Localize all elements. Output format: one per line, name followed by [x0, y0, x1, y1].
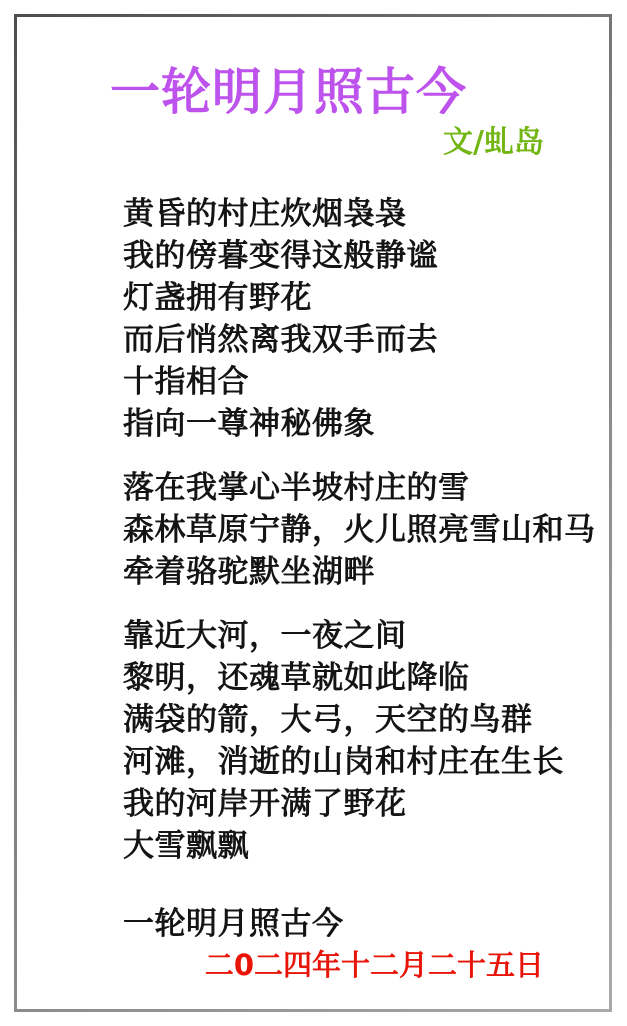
poem-line: 我的傍暮变得这般静谧: [123, 235, 609, 277]
poem-line: 大雪飘飘: [123, 825, 609, 867]
poem-line: 落在我掌心半坡村庄的雪: [123, 467, 609, 509]
poem-line: 黄昏的村庄炊烟袅袅: [123, 193, 609, 235]
poem-line: 黎明，还魂草就如此降临: [123, 657, 609, 699]
poem-line: 靠近大河，一夜之间: [123, 615, 609, 657]
page-border-frame: 一轮明月照古今 文/虬岛 黄昏的村庄炊烟袅袅 我的傍暮变得这般静谧 灯盏拥有野花…: [14, 14, 612, 1012]
poem-title: 一轮明月照古今: [110, 63, 609, 121]
poem-line: 牵着骆驼默坐湖畔: [123, 551, 609, 593]
closing-line: 一轮明月照古今: [123, 903, 609, 945]
poem-byline: 文/虬岛: [17, 123, 544, 163]
poem-line: 河滩，消逝的山岗和村庄在生长: [123, 741, 609, 783]
poem-line: 十指相合: [123, 361, 609, 403]
stanza-1: 黄昏的村庄炊烟袅袅 我的傍暮变得这般静谧 灯盏拥有野花 而后悄然离我双手而去 十…: [123, 193, 609, 445]
poem-line: 指向一尊神秘佛象: [123, 403, 609, 445]
stanza-2: 落在我掌心半坡村庄的雪 森林草原宁静，火儿照亮雪山和马 牵着骆驼默坐湖畔: [123, 467, 609, 593]
poem-page: 一轮明月照古今 文/虬岛 黄昏的村庄炊烟袅袅 我的傍暮变得这般静谧 灯盏拥有野花…: [0, 0, 627, 1026]
poem-line: 而后悄然离我双手而去: [123, 319, 609, 361]
poem-body: 黄昏的村庄炊烟袅袅 我的傍暮变得这般静谧 灯盏拥有野花 而后悄然离我双手而去 十…: [123, 193, 609, 867]
date-line: 二0二四年十二月二十五日: [17, 945, 544, 985]
poem-line: 满袋的箭，大弓，天空的鸟群: [123, 699, 609, 741]
poem-line: 灯盏拥有野花: [123, 277, 609, 319]
stanza-3: 靠近大河，一夜之间 黎明，还魂草就如此降临 满袋的箭，大弓，天空的鸟群 河滩，消…: [123, 615, 609, 867]
page-content: 一轮明月照古今 文/虬岛 黄昏的村庄炊烟袅袅 我的傍暮变得这般静谧 灯盏拥有野花…: [17, 17, 609, 1009]
poem-line: 森林草原宁静，火儿照亮雪山和马: [123, 509, 609, 551]
poem-line: 我的河岸开满了野花: [123, 783, 609, 825]
